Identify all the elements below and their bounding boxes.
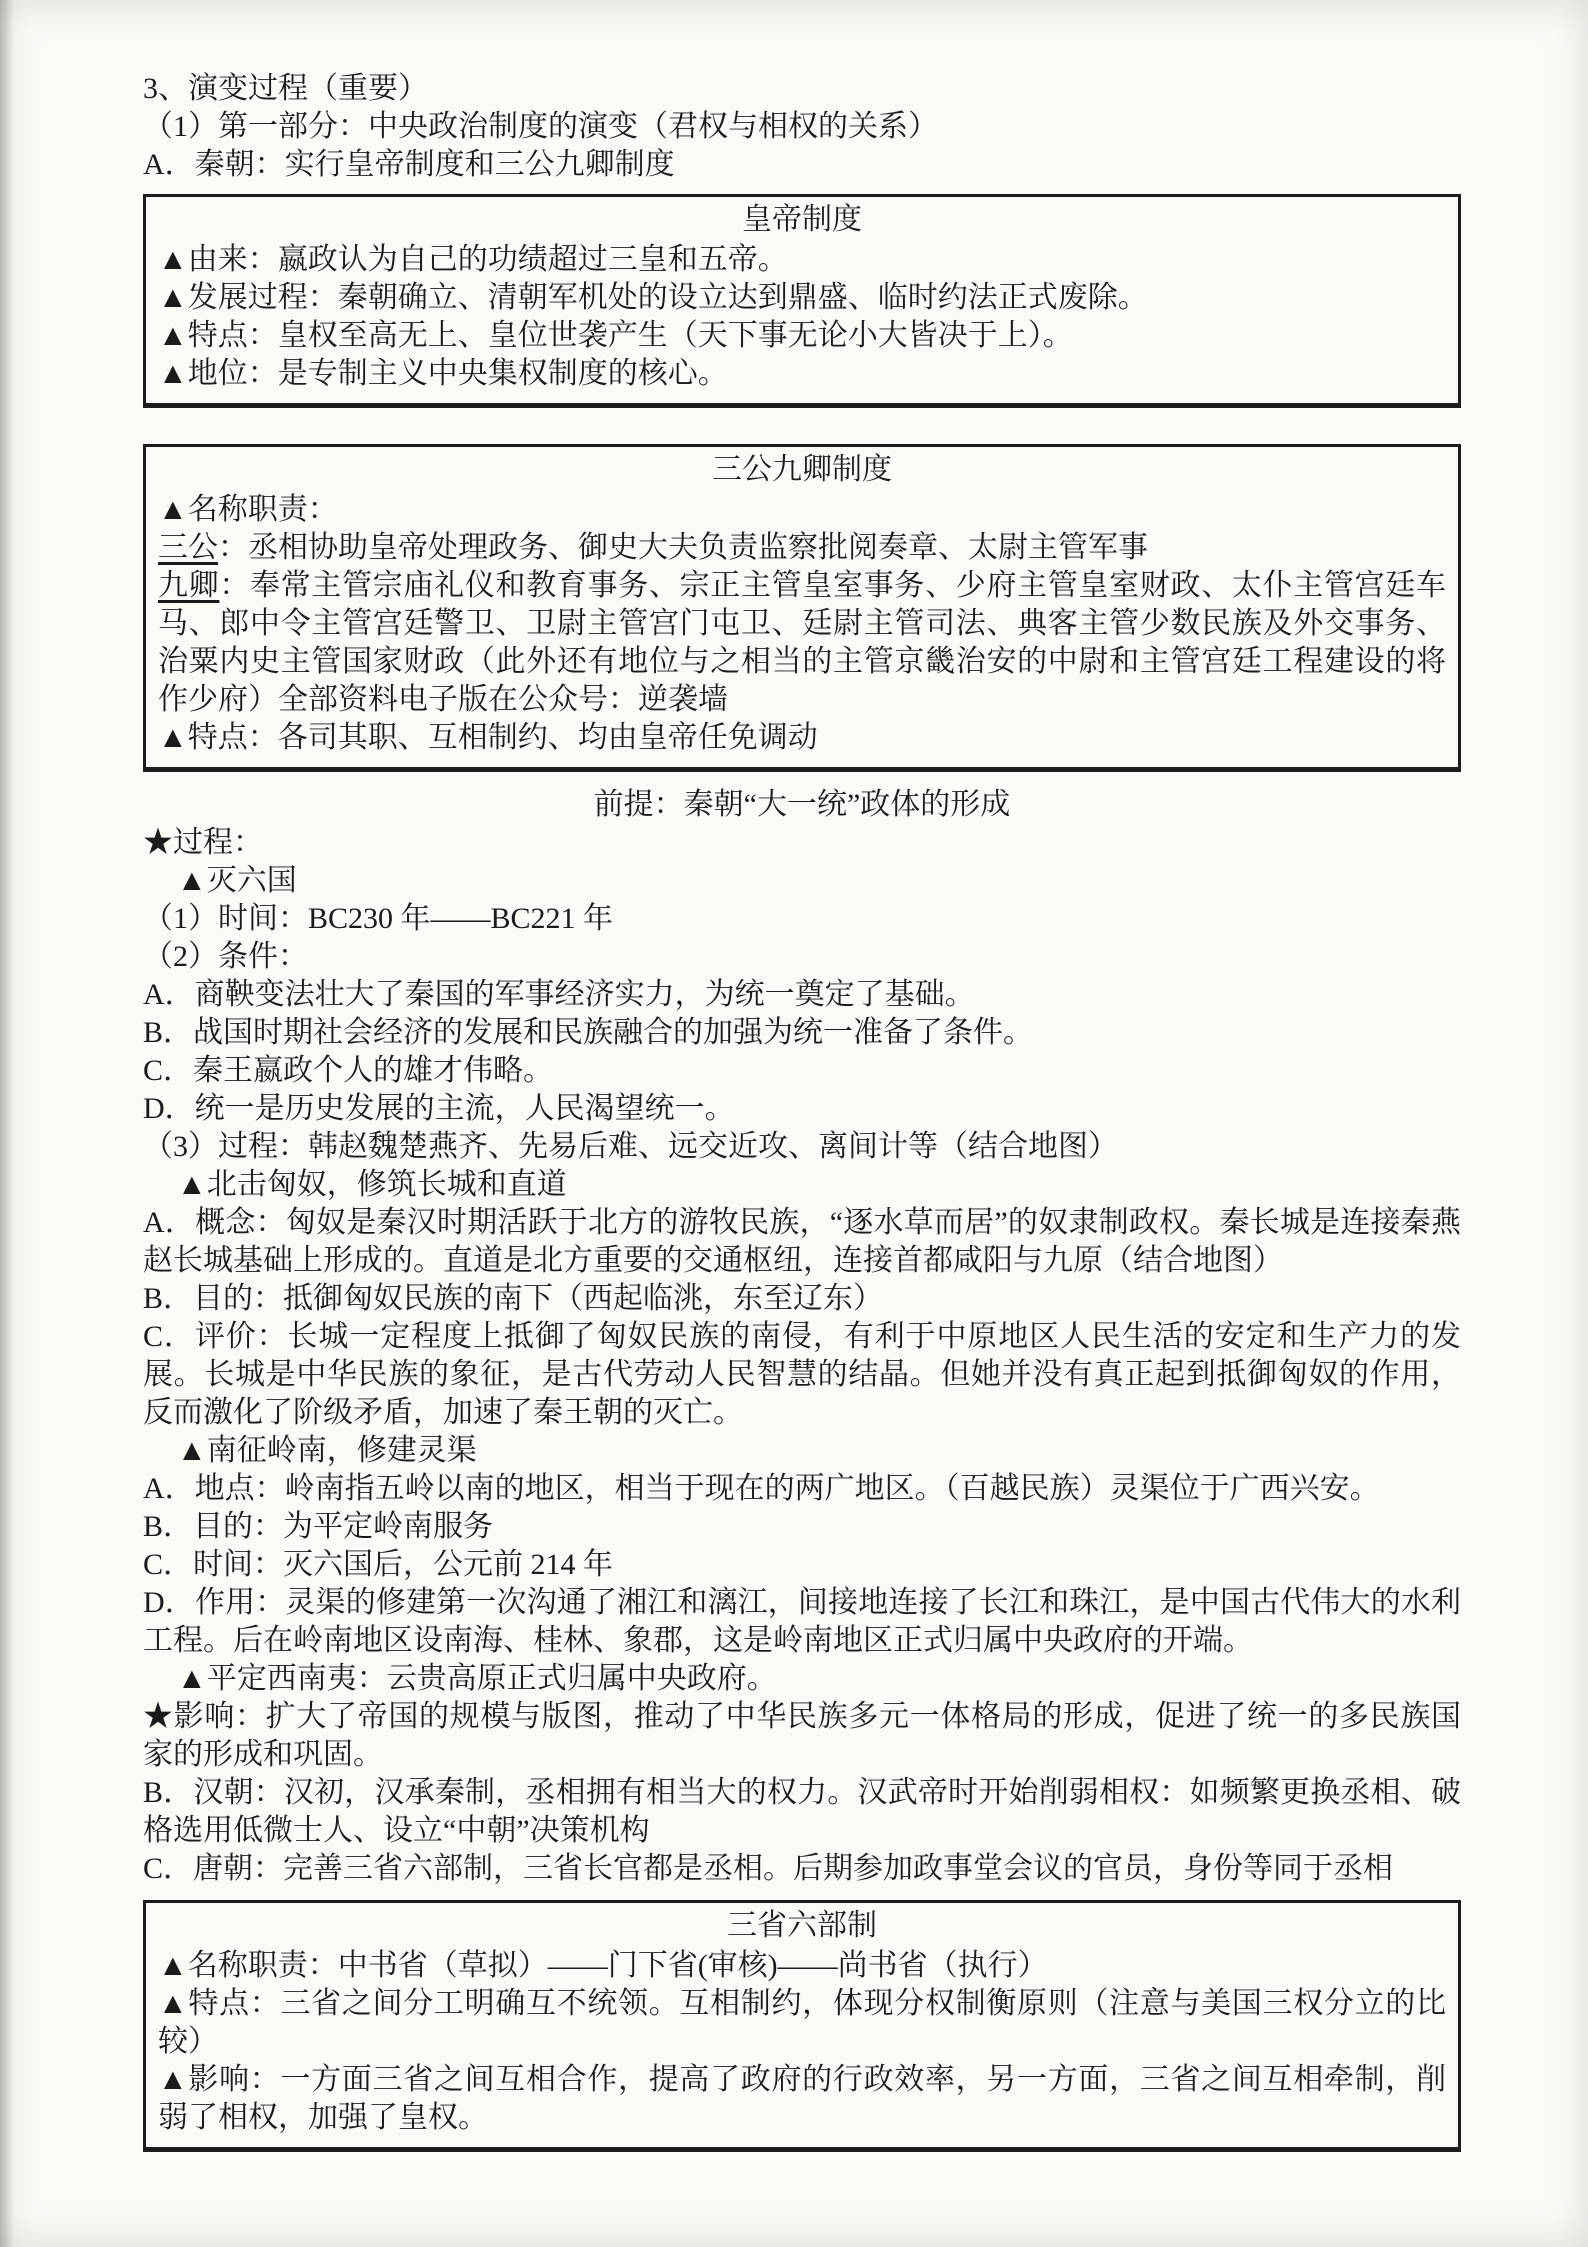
xiongnu-purpose: B．目的：抵御匈奴民族的南下（西起临洮，东至辽东） (143, 1280, 1461, 1318)
process-label: ★过程： (143, 824, 1461, 862)
emperor-origin: ▲由来：嬴政认为自己的功绩超过三皇和五帝。 (158, 241, 1446, 279)
intro-line-qin: A．秦朝：实行皇帝制度和三公九卿制度 (143, 146, 1461, 184)
sangong-duties-heading: ▲名称职责： (158, 491, 1446, 529)
jiuqing-duties: 九卿：奉常主管宗庙礼仪和教育事务、宗正主管皇室事务、少府主管皇室财政、太仆主管宫… (158, 567, 1446, 719)
sangong-label: 三公 (158, 531, 218, 564)
emperor-status: ▲地位：是专制主义中央集权制度的核心。 (158, 355, 1446, 393)
han-dynasty: B．汉朝：汉初，汉承秦制，丞相拥有相当大的权力。汉武帝时开始削弱相权：如频繁更换… (143, 1774, 1461, 1850)
emperor-box-title: 皇帝制度 (158, 201, 1446, 239)
unification-time: （1）时间：BC230 年——BC221 年 (143, 900, 1461, 938)
lingnan-time: C．时间：灭六国后，公元前 214 年 (143, 1546, 1461, 1584)
lingnan-purpose: B．目的：为平定岭南服务 (143, 1508, 1461, 1546)
lingnan-effect: D．作用：灵渠的修建第一次沟通了湘江和漓江，间接地连接了长江和珠江，是中国古代伟… (143, 1584, 1461, 1660)
emperor-development: ▲发展过程：秦朝确立、清朝军机处的设立达到鼎盛、临时约法正式废除。 (158, 279, 1446, 317)
xiongnu-heading: ▲北击匈奴，修筑长城和直道 (143, 1166, 1461, 1204)
sangong-features: ▲特点：各司其职、互相制约、均由皇帝任免调动 (158, 719, 1446, 757)
southwest-pacification: ▲平定西南夷：云贵高原正式归属中央政府。 (143, 1660, 1461, 1698)
sansheng-box-title: 三省六部制 (158, 1907, 1446, 1945)
xiongnu-concept: A．概念：匈奴是秦汉时期活跃于北方的游牧民族，“逐水草而居”的奴隶制政权。秦长城… (143, 1204, 1461, 1280)
sansheng-features: ▲特点：三省之间分工明确互不统领。互相制约，体现分权制衡原则（注意与美国三权分立… (158, 1985, 1446, 2061)
sangong-box-title: 三公九卿制度 (158, 451, 1446, 489)
document-content: 3、演变过程（重要） （1）第一部分：中央政治制度的演变（君权与相权的关系） A… (143, 70, 1461, 2152)
sansheng-duties: ▲名称职责：中书省（草拟）——门下省(审核)——尚书省（执行） (158, 1947, 1446, 1985)
sansheng-liubu-box: 三省六部制 ▲名称职责：中书省（草拟）——门下省(审核)——尚书省（执行） ▲特… (143, 1900, 1461, 2152)
jiuqing-text: ：奉常主管宗庙礼仪和教育事务、宗正主管皇室事务、少府主管皇室财政、太仆主管宫廷车… (158, 569, 1446, 716)
scanned-document-page: 3、演变过程（重要） （1）第一部分：中央政治制度的演变（君权与相权的关系） A… (0, 0, 1588, 2247)
unification-process: （3）过程：韩赵魏楚燕齐、先易后难、远交近攻、离间计等（结合地图） (143, 1128, 1461, 1166)
sansheng-impact: ▲影响：一方面三省之间互相合作，提高了政府的行政效率，另一方面，三省之间互相牵制… (158, 2061, 1446, 2137)
condition-b: B．战国时期社会经济的发展和民族融合的加强为统一准备了条件。 (143, 1014, 1461, 1052)
tang-dynasty: C．唐朝：完善三省六部制，三省长官都是丞相。后期参加政事堂会议的官员，身份等同于… (143, 1850, 1461, 1888)
lingnan-location: A．地点：岭南指五岭以南的地区，相当于现在的两广地区。（百越民族）灵渠位于广西兴… (143, 1470, 1461, 1508)
sangong-jiuqing-box: 三公九卿制度 ▲名称职责： 三公：丞相协助皇帝处理政务、御史大夫负责监察批阅奏章… (143, 444, 1461, 772)
sangong-duties: 三公：丞相协助皇帝处理政务、御史大夫负责监察批阅奏章、太尉主管军事 (158, 529, 1446, 567)
intro-line-heading: 3、演变过程（重要） (143, 70, 1461, 108)
jiuqing-label: 九卿 (158, 569, 219, 602)
emperor-system-box: 皇帝制度 ▲由来：嬴政认为自己的功绩超过三皇和五帝。 ▲发展过程：秦朝确立、清朝… (143, 194, 1461, 408)
condition-a: A．商鞅变法壮大了秦国的军事经济实力，为统一奠定了基础。 (143, 976, 1461, 1014)
condition-c: C．秦王嬴政个人的雄才伟略。 (143, 1052, 1461, 1090)
unification-impact: ★影响：扩大了帝国的规模与版图，推动了中华民族多元一体格局的形成，促进了统一的多… (143, 1698, 1461, 1774)
conditions-label: （2）条件： (143, 938, 1461, 976)
sangong-text: ：丞相协助皇帝处理政务、御史大夫负责监察批阅奏章、太尉主管军事 (218, 531, 1148, 564)
xiongnu-evaluation: C．评价：长城一定程度上抵御了匈奴民族的南侵，有利于中原地区人民生活的安定和生产… (143, 1318, 1461, 1432)
unification-heading: 前提：秦朝“大一统”政体的形成 (143, 786, 1461, 824)
emperor-features: ▲特点：皇权至高无上、皇位世袭产生（天下事无论小大皆决于上）。 (158, 317, 1446, 355)
lingnan-heading: ▲南征岭南，修建灵渠 (143, 1432, 1461, 1470)
destroy-six-states: ▲灭六国 (143, 862, 1461, 900)
condition-d: D．统一是历史发展的主流，人民渴望统一。 (143, 1090, 1461, 1128)
intro-line-part1: （1）第一部分：中央政治制度的演变（君权与相权的关系） (143, 108, 1461, 146)
